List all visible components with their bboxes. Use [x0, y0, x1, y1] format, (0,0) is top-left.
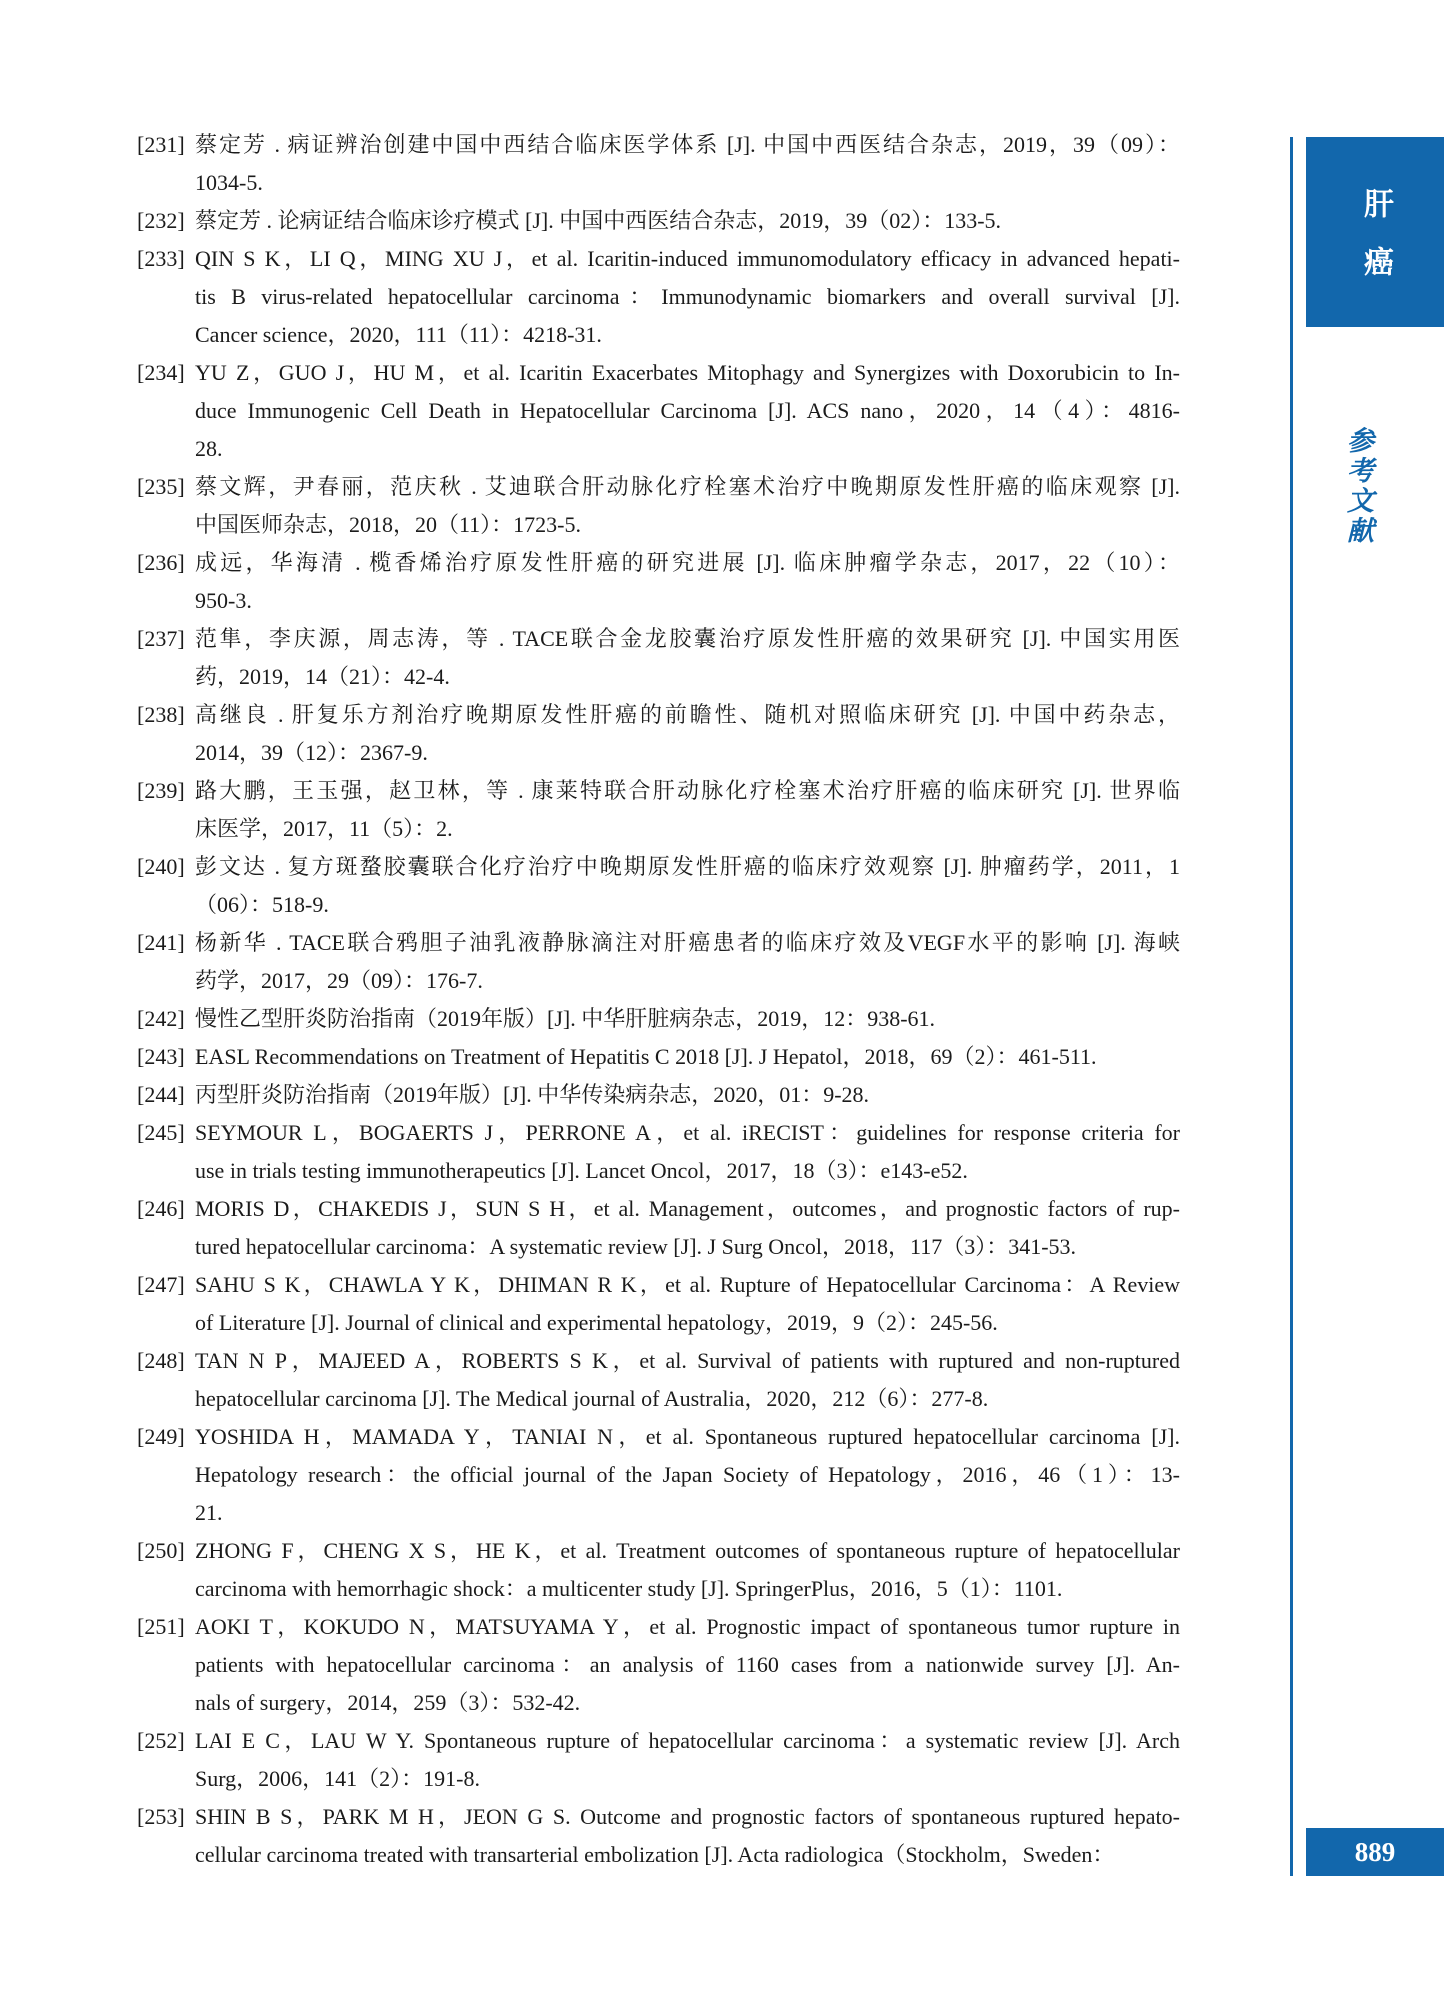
reference-line: TAN N P，MAJEED A，ROBERTS S K，et al. Surv… — [195, 1342, 1180, 1380]
reference-item: [241]杨新华 . TACE联合鸦胆子油乳液静脉滴注对肝癌患者的临床疗效及VE… — [137, 924, 1180, 1000]
reference-line: nals of surgery，2014，259（3）：532-42. — [195, 1684, 1180, 1722]
reference-line: SHIN B S，PARK M H，JEON G S. Outcome and … — [195, 1798, 1180, 1836]
reference-number: [247] — [137, 1266, 185, 1304]
reference-line: 彭文达 . 复方斑蝥胶囊联合化疗治疗中晚期原发性肝癌的临床疗效观察 [J]. 肿… — [195, 848, 1180, 886]
reference-line: 蔡文辉，尹春丽，范庆秋 . 艾迪联合肝动脉化疗栓塞术治疗中晚期原发性肝癌的临床观… — [195, 468, 1180, 506]
reference-item: [231]蔡定芳 . 病证辨治创建中国中西结合临床医学体系 [J]. 中国中西医… — [137, 126, 1180, 202]
reference-line: Cancer science，2020，111（11）：4218-31. — [195, 316, 1180, 354]
references-list: [231]蔡定芳 . 病证辨治创建中国中西结合临床医学体系 [J]. 中国中西医… — [137, 126, 1180, 1874]
reference-line: cellular carcinoma treated with transart… — [195, 1836, 1180, 1874]
reference-item: [242]慢性乙型肝炎防治指南（2019年版）[J]. 中华肝脏病杂志，2019… — [137, 1000, 1180, 1038]
reference-item: [248]TAN N P，MAJEED A，ROBERTS S K，et al.… — [137, 1342, 1180, 1418]
reference-line: 范隼，李庆源，周志涛，等 . TACE联合金龙胶囊治疗原发性肝癌的效果研究 [J… — [195, 620, 1180, 658]
reference-item: [240]彭文达 . 复方斑蝥胶囊联合化疗治疗中晚期原发性肝癌的临床疗效观察 [… — [137, 848, 1180, 924]
reference-item: [249]YOSHIDA H，MAMADA Y，TANIAI N，et al. … — [137, 1418, 1180, 1532]
reference-line: YOSHIDA H，MAMADA Y，TANIAI N，et al. Spont… — [195, 1418, 1180, 1456]
reference-line: Hepatology research：the official journal… — [195, 1456, 1180, 1494]
reference-number: [250] — [137, 1532, 185, 1570]
section-title-vertical: 参考文献 — [1344, 426, 1371, 546]
reference-line: 杨新华 . TACE联合鸦胆子油乳液静脉滴注对肝癌患者的临床疗效及VEGF水平的… — [195, 924, 1180, 962]
reference-item: [253]SHIN B S，PARK M H，JEON G S. Outcome… — [137, 1798, 1180, 1874]
reference-line: 高继良 . 肝复乐方剂治疗晚期原发性肝癌的前瞻性、随机对照临床研究 [J]. 中… — [195, 696, 1180, 734]
reference-line: SEYMOUR L，BOGAERTS J，PERRONE A，et al. iR… — [195, 1114, 1180, 1152]
chapter-tab-label: 肝癌 — [1360, 188, 1390, 304]
reference-number: [239] — [137, 772, 185, 810]
reference-number: [248] — [137, 1342, 185, 1380]
reference-item: [243]EASL Recommendations on Treatment o… — [137, 1038, 1180, 1076]
reference-line: 1034-5. — [195, 164, 1180, 202]
reference-line: YU Z，GUO J，HU M，et al. Icaritin Exacerba… — [195, 354, 1180, 392]
reference-item: [234]YU Z，GUO J，HU M，et al. Icaritin Exa… — [137, 354, 1180, 468]
reference-number: [233] — [137, 240, 185, 278]
chapter-tab: 肝癌 — [1306, 137, 1444, 327]
reference-number: [242] — [137, 1000, 185, 1038]
reference-number: [240] — [137, 848, 185, 886]
reference-item: [236]成远，华海清 . 榄香烯治疗原发性肝癌的研究进展 [J]. 临床肿瘤学… — [137, 544, 1180, 620]
reference-number: [252] — [137, 1722, 185, 1760]
page-number: 889 — [1355, 1837, 1396, 1868]
reference-line: 慢性乙型肝炎防治指南（2019年版）[J]. 中华肝脏病杂志，2019，12：9… — [195, 1000, 1180, 1038]
reference-line: 成远，华海清 . 榄香烯治疗原发性肝癌的研究进展 [J]. 临床肿瘤学杂志，20… — [195, 544, 1180, 582]
reference-line: 28. — [195, 430, 1180, 468]
reference-line: carcinoma with hemorrhagic shock：a multi… — [195, 1570, 1180, 1608]
reference-line: 21. — [195, 1494, 1180, 1532]
reference-item: [237]范隼，李庆源，周志涛，等 . TACE联合金龙胶囊治疗原发性肝癌的效果… — [137, 620, 1180, 696]
reference-line: MORIS D，CHAKEDIS J，SUN S H，et al. Manage… — [195, 1190, 1180, 1228]
reference-line: LAI E C，LAU W Y. Spontaneous rupture of … — [195, 1722, 1180, 1760]
reference-item: [238]高继良 . 肝复乐方剂治疗晚期原发性肝癌的前瞻性、随机对照临床研究 [… — [137, 696, 1180, 772]
reference-line: ZHONG F，CHENG X S，HE K，et al. Treatment … — [195, 1532, 1180, 1570]
reference-item: [246]MORIS D，CHAKEDIS J，SUN S H，et al. M… — [137, 1190, 1180, 1266]
reference-line: EASL Recommendations on Treatment of Hep… — [195, 1038, 1180, 1076]
reference-number: [244] — [137, 1076, 185, 1114]
reference-number: [241] — [137, 924, 185, 962]
reference-line: 路大鹏，王玉强，赵卫林，等 . 康莱特联合肝动脉化疗栓塞术治疗肝癌的临床研究 [… — [195, 772, 1180, 810]
reference-line: 药学，2017，29（09）：176-7. — [195, 962, 1180, 1000]
reference-item: [251]AOKI T，KOKUDO N，MATSUYAMA Y，et al. … — [137, 1608, 1180, 1722]
reference-number: [243] — [137, 1038, 185, 1076]
reference-number: [253] — [137, 1798, 185, 1836]
reference-item: [244]丙型肝炎防治指南（2019年版）[J]. 中华传染病杂志，2020，0… — [137, 1076, 1180, 1114]
reference-line: SAHU S K，CHAWLA Y K，DHIMAN R K，et al. Ru… — [195, 1266, 1180, 1304]
reference-item: [250]ZHONG F，CHENG X S，HE K，et al. Treat… — [137, 1532, 1180, 1608]
reference-line: 药，2019，14（21）：42-4. — [195, 658, 1180, 696]
reference-number: [251] — [137, 1608, 185, 1646]
reference-number: [237] — [137, 620, 185, 658]
reference-line: duce Immunogenic Cell Death in Hepatocel… — [195, 392, 1180, 430]
reference-number: [236] — [137, 544, 185, 582]
reference-item: [247]SAHU S K，CHAWLA Y K，DHIMAN R K，et a… — [137, 1266, 1180, 1342]
reference-number: [246] — [137, 1190, 185, 1228]
reference-number: [234] — [137, 354, 185, 392]
book-page: [231]蔡定芳 . 病证辨治创建中国中西结合临床医学体系 [J]. 中国中西医… — [0, 0, 1444, 2010]
reference-item: [245]SEYMOUR L，BOGAERTS J，PERRONE A，et a… — [137, 1114, 1180, 1190]
reference-number: [245] — [137, 1114, 185, 1152]
reference-number: [231] — [137, 126, 185, 164]
reference-line: of Literature [J]. Journal of clinical a… — [195, 1304, 1180, 1342]
reference-line: AOKI T，KOKUDO N，MATSUYAMA Y，et al. Progn… — [195, 1608, 1180, 1646]
reference-line: 950-3. — [195, 582, 1180, 620]
reference-line: （06）：518-9. — [195, 886, 1180, 924]
page-number-badge: 889 — [1306, 1828, 1444, 1876]
reference-line: 丙型肝炎防治指南（2019年版）[J]. 中华传染病杂志，2020，01：9-2… — [195, 1076, 1180, 1114]
reference-item: [233]QIN S K，LI Q，MING XU J，et al. Icari… — [137, 240, 1180, 354]
reference-line: Surg，2006，141（2）：191-8. — [195, 1760, 1180, 1798]
sidebar-rule — [1290, 137, 1293, 1876]
reference-line: 蔡定芳 . 病证辨治创建中国中西结合临床医学体系 [J]. 中国中西医结合杂志，… — [195, 126, 1180, 164]
reference-line: 中国医师杂志，2018，20（11）：1723-5. — [195, 506, 1180, 544]
reference-line: 2014，39（12）：2367-9. — [195, 734, 1180, 772]
reference-number: [232] — [137, 202, 185, 240]
reference-line: 蔡定芳 . 论病证结合临床诊疗模式 [J]. 中国中西医结合杂志，2019，39… — [195, 202, 1180, 240]
reference-item: [239]路大鹏，王玉强，赵卫林，等 . 康莱特联合肝动脉化疗栓塞术治疗肝癌的临… — [137, 772, 1180, 848]
reference-line: 床医学，2017，11（5）：2. — [195, 810, 1180, 848]
reference-line: tis B virus-related hepatocellular carci… — [195, 278, 1180, 316]
reference-number: [249] — [137, 1418, 185, 1456]
reference-number: [238] — [137, 696, 185, 734]
reference-line: use in trials testing immunotherapeutics… — [195, 1152, 1180, 1190]
reference-item: [252]LAI E C，LAU W Y. Spontaneous ruptur… — [137, 1722, 1180, 1798]
reference-line: tured hepatocellular carcinoma：A systema… — [195, 1228, 1180, 1266]
reference-number: [235] — [137, 468, 185, 506]
reference-item: [235]蔡文辉，尹春丽，范庆秋 . 艾迪联合肝动脉化疗栓塞术治疗中晚期原发性肝… — [137, 468, 1180, 544]
reference-line: hepatocellular carcinoma [J]. The Medica… — [195, 1380, 1180, 1418]
reference-item: [232]蔡定芳 . 论病证结合临床诊疗模式 [J]. 中国中西医结合杂志，20… — [137, 202, 1180, 240]
reference-line: QIN S K，LI Q，MING XU J，et al. Icaritin-i… — [195, 240, 1180, 278]
reference-line: patients with hepatocellular carcinoma：a… — [195, 1646, 1180, 1684]
